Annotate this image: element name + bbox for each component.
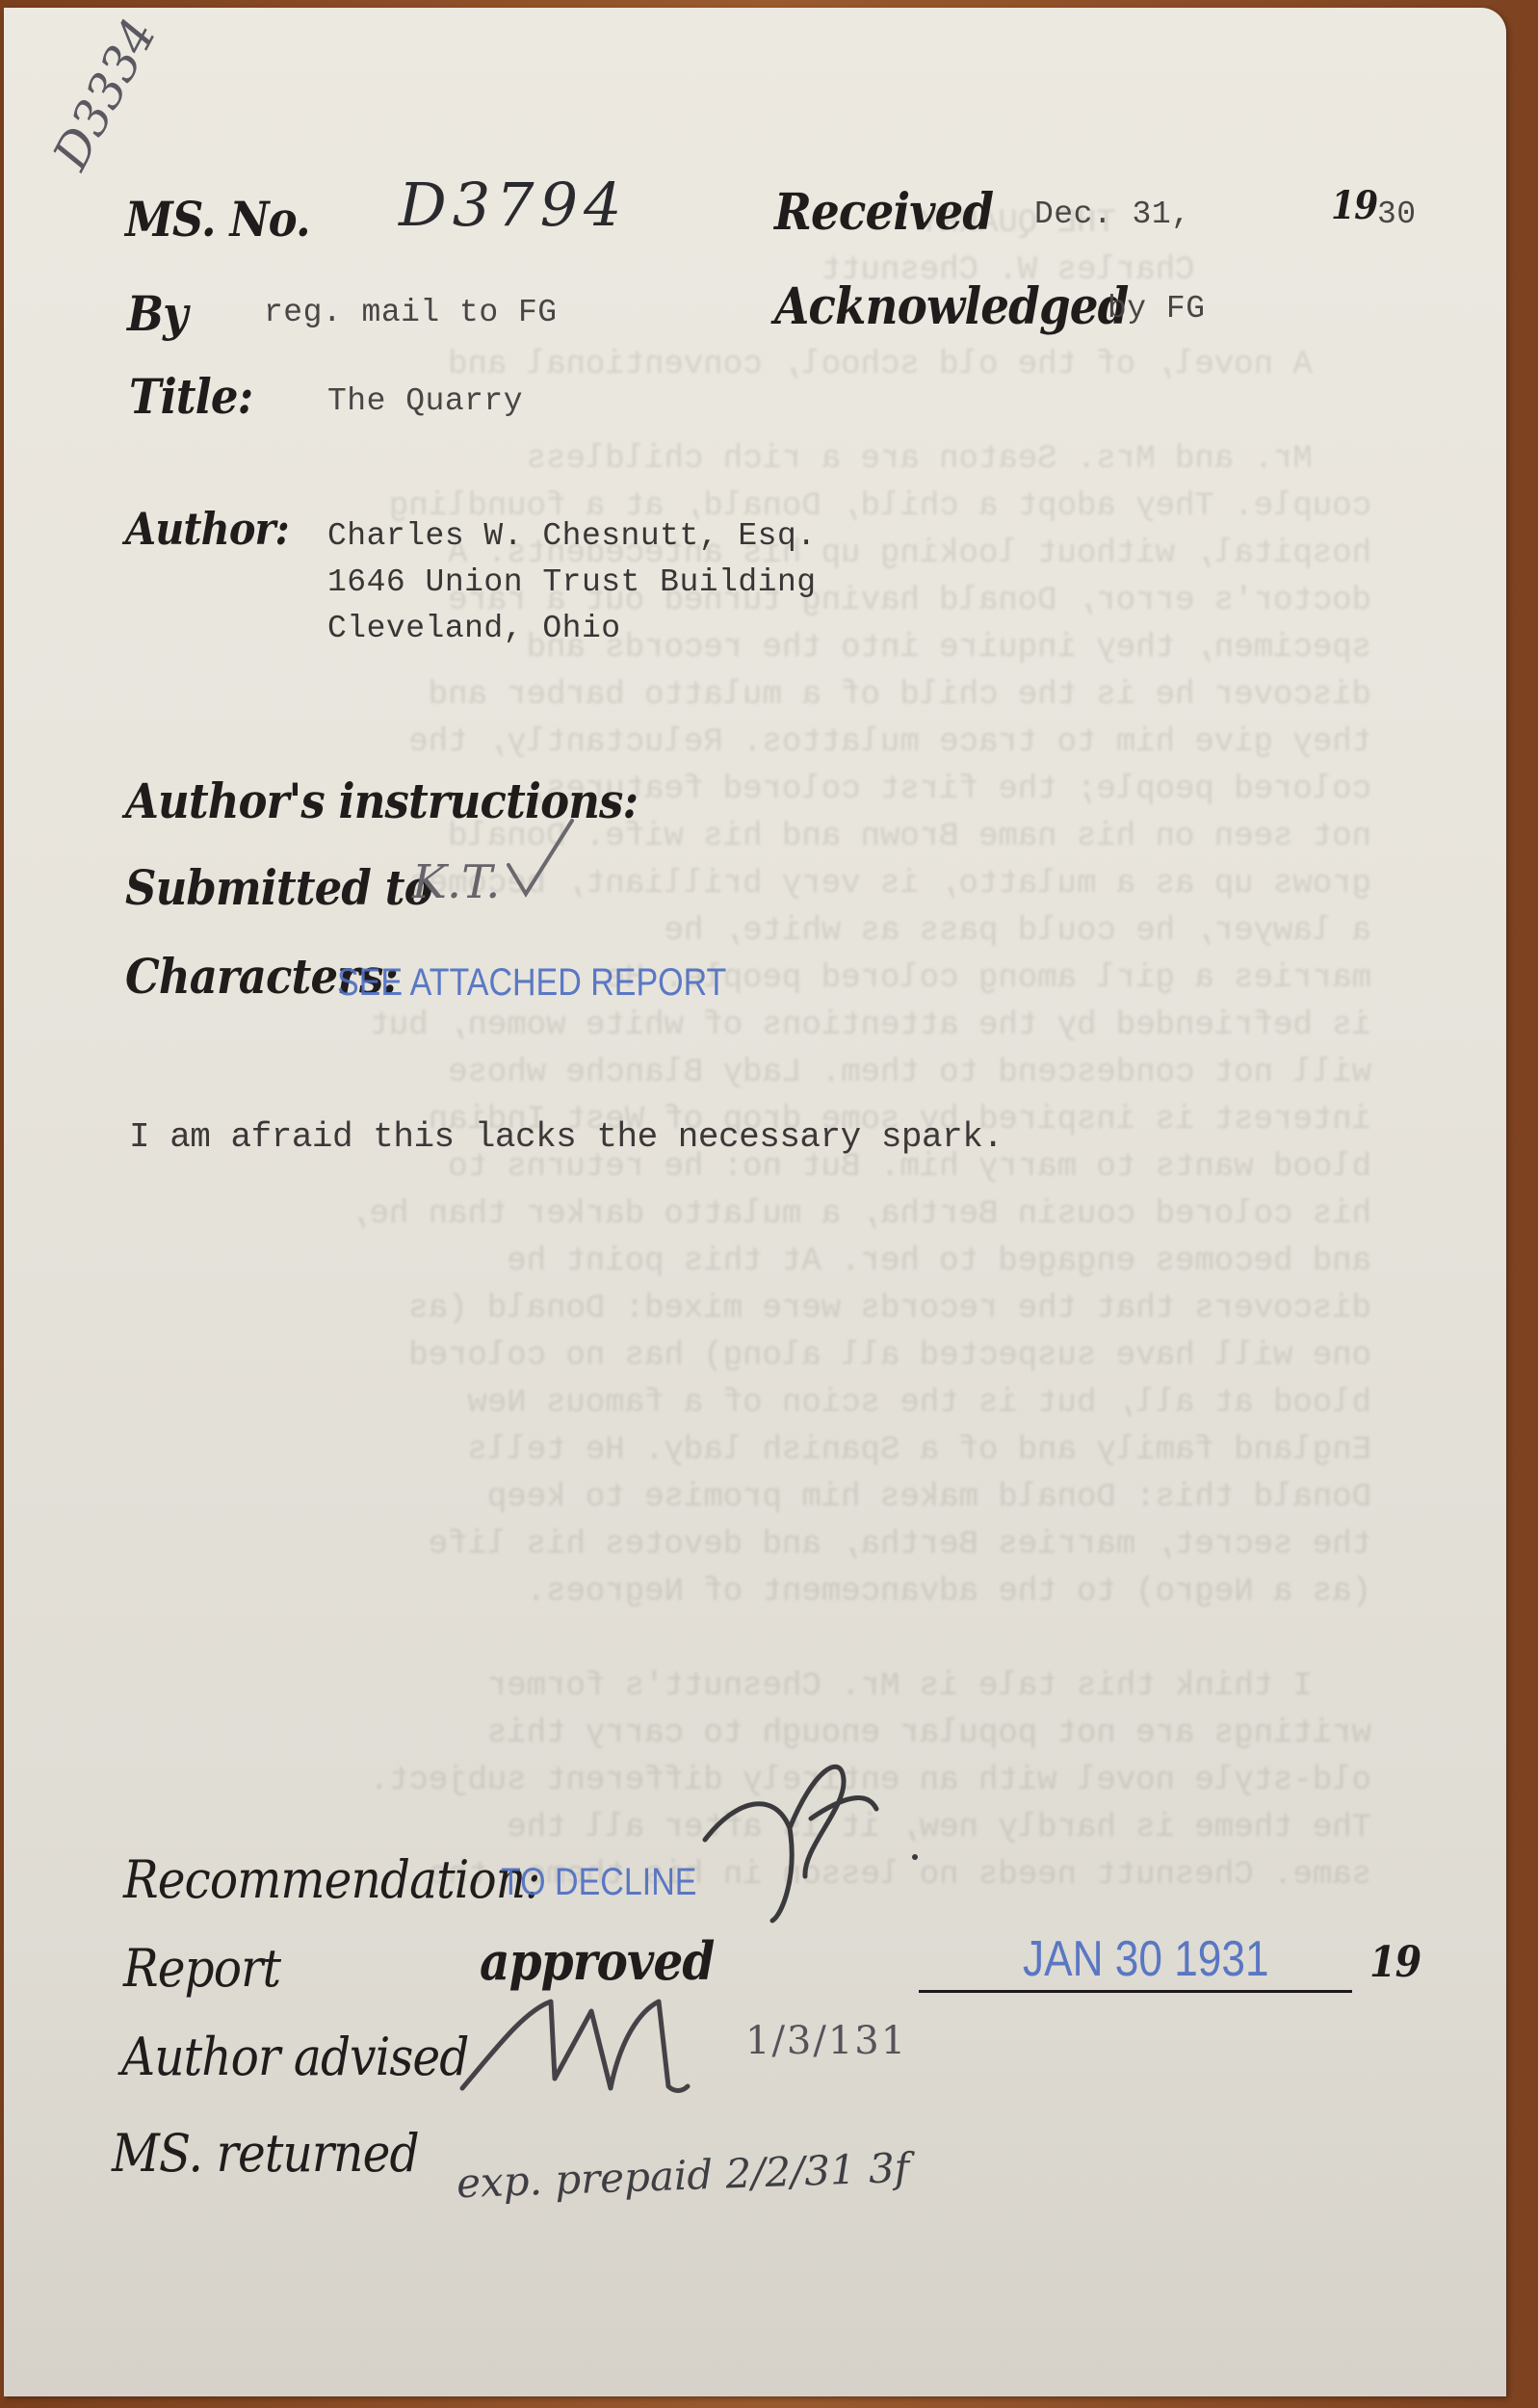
reviewer-comment: I am afraid this lacks the necessary spa… — [129, 1117, 1003, 1157]
received-year-suffix: 30 — [1377, 196, 1417, 232]
submitted-to-label: Submitted to — [125, 859, 432, 916]
by-label: By — [127, 285, 187, 342]
by-value: reg. mail to FG — [264, 295, 558, 330]
reverse-side-bleed-through-text: THE QUARRY Charles W. Chesnutt A novel, … — [177, 200, 1371, 1899]
approved-label: approved — [480, 1930, 714, 1992]
ms-no-value-handwritten: D3794 — [399, 170, 628, 240]
approved-year-prefix: 19 — [1369, 1938, 1421, 1987]
acknowledged-label: Acknowledged — [774, 277, 1128, 336]
author-advised-date-handwritten: 1/3/131 — [745, 2019, 907, 2063]
received-label: Received — [774, 183, 993, 242]
ms-returned-label: MS. returned — [112, 2123, 419, 2184]
author-label: Author: — [125, 503, 289, 555]
old-ms-number-handwritten: D3334 — [42, 10, 168, 178]
approved-date-underline — [919, 1990, 1352, 1993]
reviewer-initials-signature — [697, 1751, 948, 1934]
approved-date-stamp: JAN 30 1931 — [1023, 1930, 1269, 1988]
received-date: Dec. 31, — [1034, 196, 1190, 232]
acknowledged-value: by FG — [1108, 291, 1206, 327]
to-decline-stamp: TO DECLINE — [501, 1861, 696, 1904]
recommendation-label: Recommendation: — [123, 1849, 540, 1910]
author-address-city: Cleveland, Ohio — [327, 611, 621, 646]
author-name: Charles W. Chesnutt, Esq. — [327, 518, 817, 554]
title-label: Title: — [129, 368, 252, 425]
submitted-to-initials-handwritten: K.T. — [412, 855, 500, 909]
checkmark-icon — [505, 817, 582, 903]
see-attached-report-stamp: SEE ATTACHED REPORT — [337, 961, 726, 1005]
author-advised-initials-signature — [456, 1992, 745, 2098]
manuscript-record-form: THE QUARRY Charles W. Chesnutt A novel, … — [4, 8, 1506, 2396]
author-advised-label: Author advised — [121, 2027, 468, 2087]
received-year-prefix: 19 — [1331, 183, 1377, 228]
title-value: The Quarry — [327, 383, 523, 419]
author-address-street: 1646 Union Trust Building — [327, 564, 817, 600]
ms-no-label: MS. No. — [125, 191, 310, 248]
report-label: Report — [123, 1938, 280, 1999]
ms-returned-note-handwritten: exp. prepaid 2/2/31 3f — [456, 2144, 910, 2207]
